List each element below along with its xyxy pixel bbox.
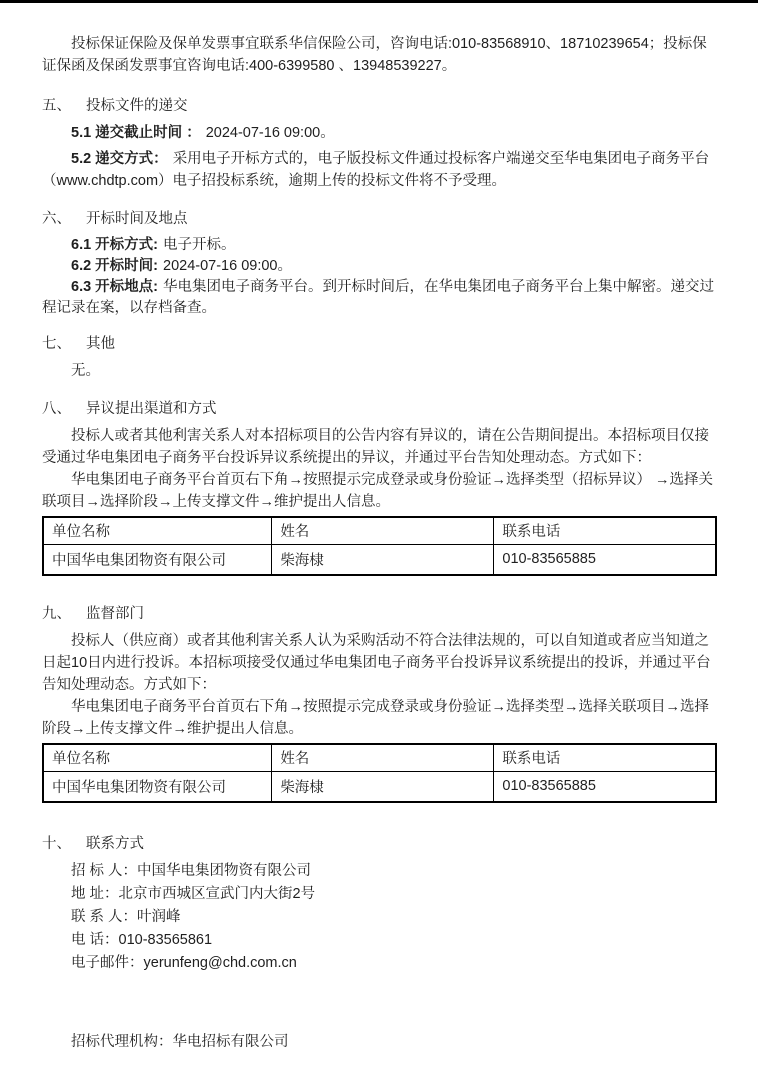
item-5-2: 5.2 递交方式：采用电子开标方式的，电子版投标文件通过投标客户端递交至华电集团… <box>42 148 717 192</box>
table-row: 中国华电集团物资有限公司 柴海棣 010-83565885 <box>43 771 716 802</box>
section8-paragraph-2: 华电集团电子商务平台首页右下角→按照提示完成登录或身份验证→选择类型（招标异议）… <box>42 469 717 513</box>
table-cell-person-name: 柴海棣 <box>272 544 494 575</box>
section7-title: 其他 <box>86 336 115 352</box>
section10-heading: 十、联系方式 <box>42 833 717 855</box>
item-6-3: 6.3 开标地点:华电集团电子商务平台。到开标时间后，在华电集团电子商务平台上集… <box>42 277 717 319</box>
intro-paragraph: 投标保证保险及保单发票事宜联系华信保险公司，咨询电话:010-83568910、… <box>42 33 717 77</box>
section5-title: 投标文件的递交 <box>86 98 188 114</box>
contact-line-email: 电子邮件：yerunfeng@chd.com.cn <box>42 952 717 975</box>
document-page: 投标保证保险及保单发票事宜联系华信保险公司，咨询电话:010-83568910、… <box>0 3 758 1053</box>
table-cell-unit-name: 中国华电集团物资有限公司 <box>43 771 272 802</box>
section10-title: 联系方式 <box>86 836 144 852</box>
table-cell-person-name: 柴海棣 <box>272 771 494 802</box>
section9-paragraph-2: 华电集团电子商务平台首页右下角→按照提示完成登录或身份验证→选择类型→选择关联项… <box>42 696 717 740</box>
contact-line-phone: 电 话：010-83565861 <box>42 929 717 952</box>
section10-number: 十、 <box>42 836 71 852</box>
table-header-phone: 联系电话 <box>494 744 716 771</box>
item-6-1: 6.1 开标方式:电子开标。 <box>42 235 717 256</box>
contact-info-block: 招 标 人：中国华电集团物资有限公司 地 址：北京市西城区宣武门内大街2号 联 … <box>42 860 717 975</box>
section9-heading: 九、监督部门 <box>42 603 717 625</box>
table-header-unit-name: 单位名称 <box>43 517 272 544</box>
section8-number: 八、 <box>42 401 71 417</box>
section6-number: 六、 <box>42 211 71 227</box>
table-header-row: 单位名称 姓名 联系电话 <box>43 517 716 544</box>
item-5-1-label: 5.1 递交截止时间 ： <box>71 125 201 141</box>
section5-heading: 五、投标文件的递交 <box>42 95 717 117</box>
item-6-1-value: 电子开标。 <box>163 237 236 253</box>
item-6-2-value: 2024-07-16 09:00。 <box>163 258 292 274</box>
item-6-3-label: 6.3 开标地点: <box>71 279 158 295</box>
section7-heading: 七、其他 <box>42 333 717 355</box>
objection-contact-table: 单位名称 姓名 联系电话 中国华电集团物资有限公司 柴海棣 010-835658… <box>42 516 717 576</box>
item-5-1-value: 2024-07-16 09:00。 <box>206 125 335 141</box>
item-5-2-label: 5.2 递交方式： <box>71 151 168 167</box>
table-header-phone: 联系电话 <box>494 517 716 544</box>
item-6-2-label: 6.2 开标时间: <box>71 258 158 274</box>
section8-heading: 八、异议提出渠道和方式 <box>42 398 717 420</box>
section6-title: 开标时间及地点 <box>86 211 188 227</box>
section9-paragraph-1: 投标人（供应商）或者其他利害关系人认为采购活动不符合法律法规的，可以自知道或者应… <box>42 630 717 696</box>
item-5-1: 5.1 递交截止时间 ：2024-07-16 09:00。 <box>42 122 717 144</box>
table-cell-unit-name: 中国华电集团物资有限公司 <box>43 544 272 575</box>
section7-body: 无。 <box>42 360 717 382</box>
table-cell-phone: 010-83565885 <box>494 544 716 575</box>
contact-line-address: 地 址：北京市西城区宣武门内大街2号 <box>42 883 717 906</box>
item-6-1-label: 6.1 开标方式: <box>71 237 158 253</box>
section8-title: 异议提出渠道和方式 <box>86 401 217 417</box>
section9-title: 监督部门 <box>86 606 144 622</box>
table-header-unit-name: 单位名称 <box>43 744 272 771</box>
table-row: 中国华电集团物资有限公司 柴海棣 010-83565885 <box>43 544 716 575</box>
tender-agency-line: 招标代理机构：华电招标有限公司 <box>42 1031 717 1053</box>
table-cell-phone: 010-83565885 <box>494 771 716 802</box>
table-header-person-name: 姓名 <box>272 517 494 544</box>
section6-heading: 六、开标时间及地点 <box>42 208 717 230</box>
contact-line-person: 联 系 人：叶润峰 <box>42 906 717 929</box>
supervision-contact-table: 单位名称 姓名 联系电话 中国华电集团物资有限公司 柴海棣 010-835658… <box>42 743 717 803</box>
contact-line-tenderer: 招 标 人：中国华电集团物资有限公司 <box>42 860 717 883</box>
section8-paragraph-1: 投标人或者其他利害关系人对本招标项目的公告内容有异议的，请在公告期间提出。本招标… <box>42 425 717 469</box>
item-6-2: 6.2 开标时间:2024-07-16 09:00。 <box>42 256 717 277</box>
section9-number: 九、 <box>42 606 71 622</box>
table-header-row: 单位名称 姓名 联系电话 <box>43 744 716 771</box>
section5-number: 五、 <box>42 98 71 114</box>
table-header-person-name: 姓名 <box>272 744 494 771</box>
section7-number: 七、 <box>42 336 71 352</box>
